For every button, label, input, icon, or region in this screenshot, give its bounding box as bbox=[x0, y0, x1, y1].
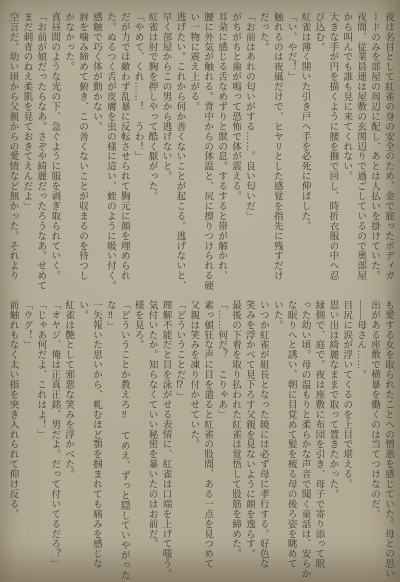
text-line: び込む。 bbox=[312, 12, 326, 294]
text-line: まだ刺青のねえ柔肌を見ておきてえんだよ」 bbox=[20, 12, 34, 294]
text-line: がちがちと歯が鳴って恐怖で体が震える。 bbox=[228, 12, 242, 294]
text-line: も愛する女を取られたことへの憎悪を感じていた。母との思い bbox=[381, 300, 395, 580]
text-line: いた。 bbox=[270, 300, 284, 580]
text-line: 夜は名目として紅雀の身の安全のため、金で雇ったボディガ bbox=[381, 12, 395, 294]
text-line: 前触れもなく太い指を突き入れられて仰け反る。 bbox=[6, 300, 20, 580]
text-line: 父親は笑みを凍り付かせていた。 bbox=[186, 300, 200, 580]
text-line: 最後の下着を取り払われた紅雀は覚悟して股筋を締めた。 bbox=[228, 300, 242, 580]
text-line: 大きな手が円を描くように腰を撫で回し、時折衣服の中へ忍 bbox=[325, 12, 339, 294]
text-line: 紅雀は肘で胸を押しやって酷く厭がった。 bbox=[145, 12, 159, 294]
text-line: 「オヤジ、俺は正真正銘、男だよ。だって付いてるだろ？」 bbox=[47, 300, 61, 580]
text-line: 思い出は綺麗なままで取って置きたかった。 bbox=[325, 300, 339, 580]
text-line: 紅雀は艶として邪悪な笑みを浮かべた。 bbox=[61, 300, 75, 580]
text-line: だが力では敵わず乱暴に反転させられて胸元に顔を埋められ bbox=[117, 12, 131, 294]
text-line: 夜間、従業員連は屋敷の玄関辺りで過ごしているので奥部屋 bbox=[353, 12, 367, 294]
text-line: い一物に震え上がる。 bbox=[186, 12, 200, 294]
text-band-lower: も愛する女を取られたことへの憎悪を感じていた。母との思い出がある座敷で横暴を働く… bbox=[2, 300, 400, 580]
text-line: 耳朶に感じる舌なめずりと獣の息。するすると帯が解かれ、 bbox=[214, 12, 228, 294]
text-line: 触れるのは夜風だけで、ヒヤリとした感覚を指先に残すだけ bbox=[270, 12, 284, 294]
text-line: 気付いたか。知らなくていい秘密を暴いたのはお前だ。 bbox=[145, 300, 159, 580]
text-line: 「ウグ！」 bbox=[20, 300, 34, 580]
text-line: 理解不能だと目を泳がせる表情に、紅雀は口端を上げて嗤う。 bbox=[159, 300, 173, 580]
text-line: 逃げたい。これから何か善くないことが起こる。逃げないと、 bbox=[173, 12, 187, 294]
text-line: 空言だ。幼い頃から父親からの愛情など無かった。それより bbox=[6, 12, 20, 294]
text-line: 真昼間のような光の下、急ぐように服を剥ぎ取られていく。 bbox=[47, 12, 61, 294]
text-line: な‼」 bbox=[103, 300, 117, 580]
text-line: 早く部屋からこの男から逃げないと。 bbox=[159, 12, 173, 294]
text-line: 「じゃあ何だよ、これはよ！」 bbox=[33, 300, 47, 580]
text-line: から叫んでも誰も見に来てくれない。 bbox=[339, 12, 353, 294]
text-line: 「い、やだ！」 bbox=[284, 12, 298, 294]
text-line: た。ぬるつく舌が皮膚を虫の様に這い、蛭のように吸い付く。 bbox=[103, 12, 117, 294]
text-line: い。 bbox=[75, 300, 89, 580]
scanned-novel-page: 夜は名目として紅雀の身の安全のため、金で雇ったボディガードのみを部屋の周辺に配し… bbox=[0, 0, 400, 582]
text-line: 素っ頓狂な声に目を遣ると紅雀の股間、ある一点を見つめて bbox=[200, 300, 214, 580]
text-band-upper: 夜は名目として紅雀の身の安全のため、金で雇ったボディガードのみを部屋の周辺に配し… bbox=[2, 12, 400, 294]
text-line: 紅雀は薄く開いた引き戸へ手を必死に伸ばした。 bbox=[298, 12, 312, 294]
text-line: 様を見ろ。 bbox=[131, 300, 145, 580]
text-line: だった。 bbox=[256, 12, 270, 294]
text-line: 「お前はあれの匂いがする……。良い匂いだ」 bbox=[242, 12, 256, 294]
text-line: った幼い頃。母の温もりと柔らかな声音で聞く童話は、安らか bbox=[298, 300, 312, 580]
text-line: 目尻に涙が浮いてくるのを上目で堪える。 bbox=[339, 300, 353, 580]
text-line: 縁側で、庭で。夜は座敷に布団を引き、母子で寄り添って眠 bbox=[312, 300, 326, 580]
text-line: ――母さん……。 bbox=[353, 300, 367, 580]
text-line: 笑みを浮かべて見下ろす父親を見ないように顔を逸らす。 bbox=[242, 300, 256, 580]
text-line: かなかった。 bbox=[61, 12, 75, 294]
text-line: 「お前が娘だったらなあ。さぞや綺麗だったろうなあ。せめて bbox=[33, 12, 47, 294]
text-line: 腰に外気が触れる。背中からの体温と、尻に擦りつけられる硬 bbox=[200, 12, 214, 294]
text-line: な眠りへと誘い、朝に目覚めて髪を梳る母の後ろ姿を眺めて bbox=[284, 300, 298, 580]
text-line: 出がある座敷で横暴を働くのは当てつけなのだ。 bbox=[367, 300, 381, 580]
text-line: 「……何だ？ こりゃあ」 bbox=[214, 300, 228, 580]
text-line: 「どういうことだ⁉」 bbox=[173, 300, 187, 580]
text-line: 唇を噛み締めて俯き、この善くないことが収まるのを待つし bbox=[75, 12, 89, 294]
text-line: ードのみを部屋の周辺に配し、あとは人払いを掛けていた。 bbox=[367, 12, 381, 294]
text-line: 「どういうことか教えろ‼ てめえ、ずっと隠していやがった bbox=[117, 300, 131, 580]
text-line: 感触で巧く体が動かない。 bbox=[89, 12, 103, 294]
text-line: 一矢報いた思いから、軋むほど顎を掴まれても痛みを感じな bbox=[89, 300, 103, 580]
text-line: いつか紅雀が組長となった暁には必ず母に孝行する。好色な bbox=[256, 300, 270, 580]
text-line: 「やめて、くれ……！ うわ！」 bbox=[131, 12, 145, 294]
